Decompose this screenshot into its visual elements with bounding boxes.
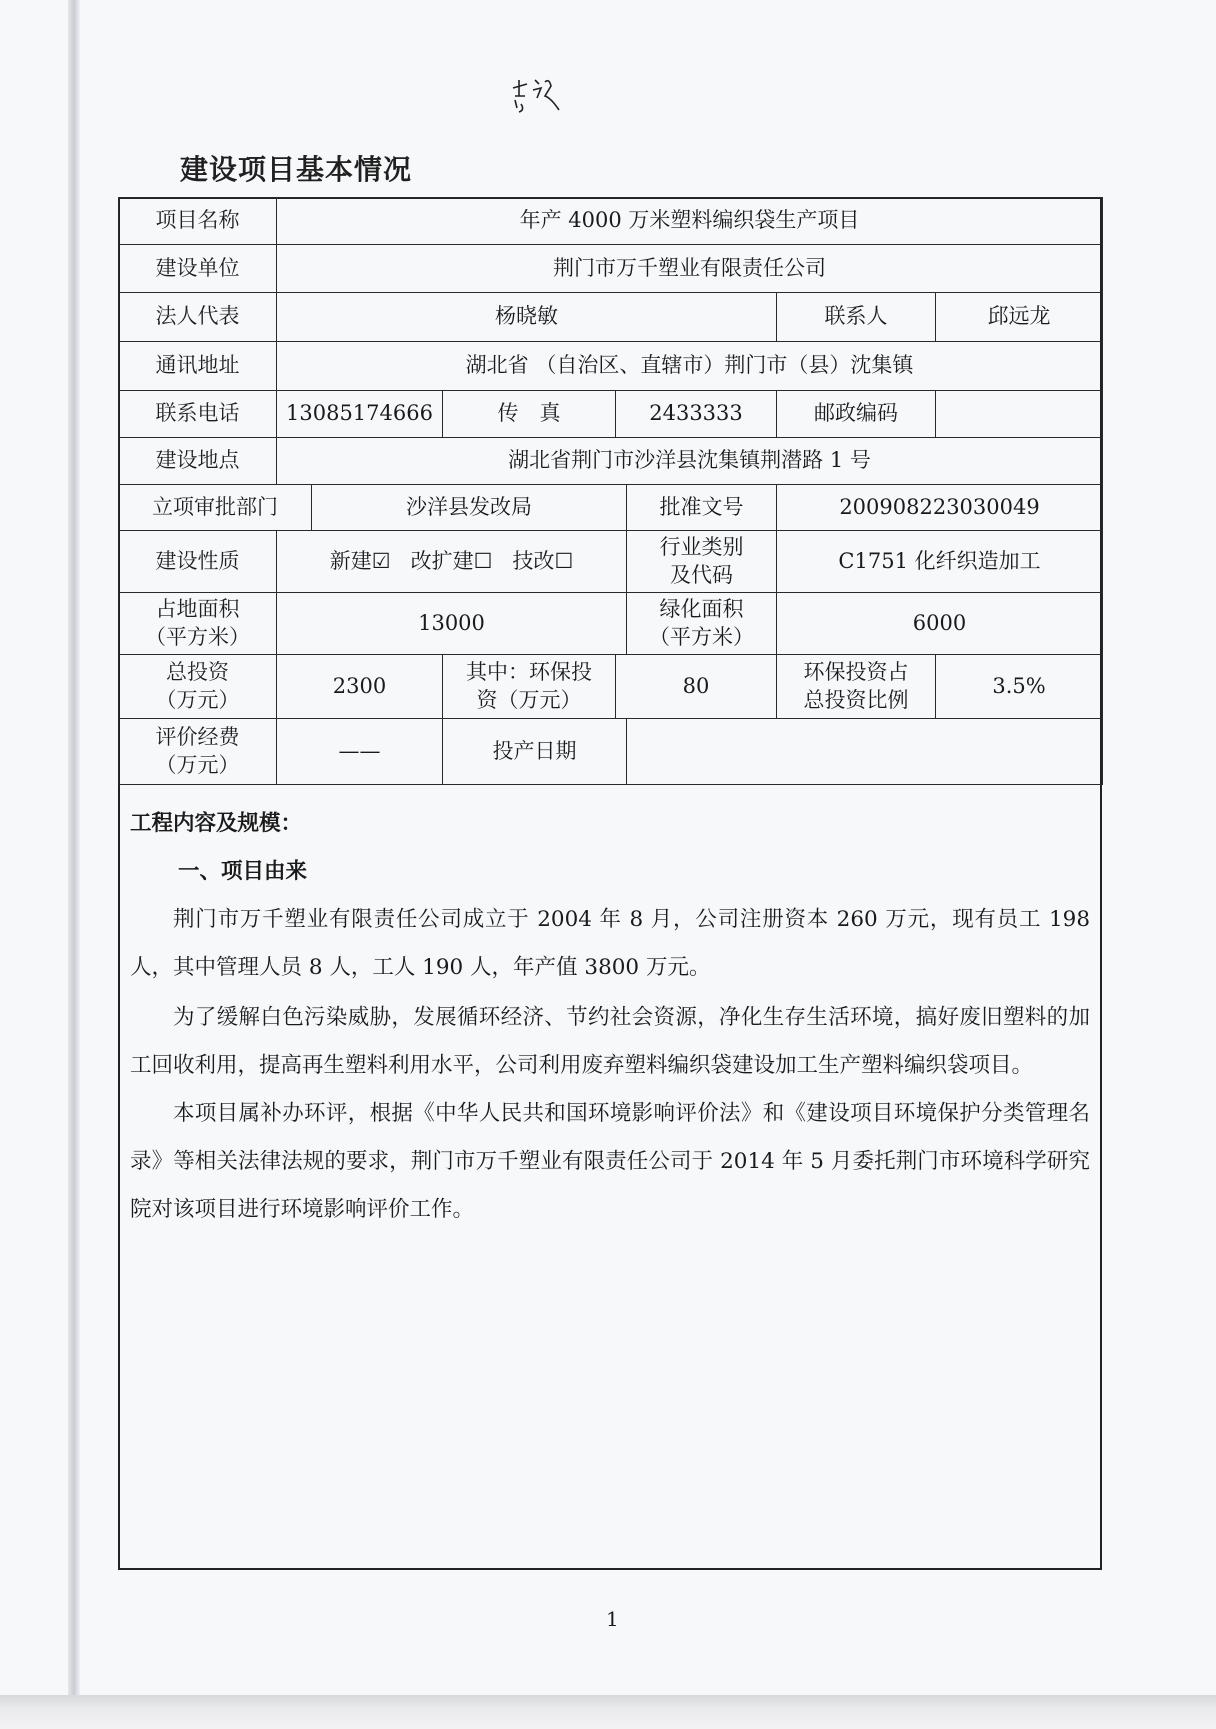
industry-value: C1751 化纤织造加工 xyxy=(777,531,1103,593)
phone-value: 13085174666 xyxy=(277,391,443,438)
phone-label: 联系电话 xyxy=(119,391,277,438)
start-date-value xyxy=(627,719,1103,785)
page-title: 建设项目基本情况 xyxy=(180,148,412,188)
site-value: 湖北省荆门市沙洋县沈集镇荆潜路 1 号 xyxy=(277,438,1103,485)
eval-fee-value: —— xyxy=(277,719,443,785)
page-binding-shadow xyxy=(68,0,80,1729)
row-eval-fee: 评价经费（万元） —— 投产日期 xyxy=(119,719,1103,785)
postcode-value xyxy=(936,391,1103,438)
construction-unit-value: 荆门市万千塑业有限责任公司 xyxy=(277,245,1103,293)
option-expand[interactable]: 改扩建☐ xyxy=(411,549,493,573)
row-project-name: 项目名称 年产 4000 万米塑料编织袋生产项目 xyxy=(119,198,1103,245)
env-investment-label: 其中：环保投资（万元） xyxy=(443,655,616,719)
row-phone: 联系电话 13085174666 传 真 2433333 邮政编码 xyxy=(119,391,1103,438)
row-approval: 立项审批部门 沙洋县发改局 批准文号 200908223030049 xyxy=(119,485,1103,531)
row-nature: 建设性质 新建☑ 改扩建☐ 技改☐ 行业类别及代码 C1751 化纤织造加工 xyxy=(119,531,1103,593)
handwritten-annotation xyxy=(505,74,565,124)
legal-rep-label: 法人代表 xyxy=(119,293,277,342)
investment-label: 总投资（万元） xyxy=(119,655,277,719)
checkbox-empty-icon: ☐ xyxy=(474,549,493,573)
start-date-label: 投产日期 xyxy=(443,719,627,785)
section-heading: 工程内容及规模： xyxy=(118,800,1102,848)
project-name-value: 年产 4000 万米塑料编织袋生产项目 xyxy=(277,198,1103,245)
fax-value: 2433333 xyxy=(616,391,777,438)
address-label: 通讯地址 xyxy=(119,342,277,391)
approval-dept-label: 立项审批部门 xyxy=(119,485,312,531)
scan-bottom-edge xyxy=(0,1695,1216,1729)
env-investment-value: 80 xyxy=(616,655,777,719)
checkbox-empty-icon: ☐ xyxy=(554,549,573,573)
option-new[interactable]: 新建☑ xyxy=(330,549,391,573)
contact-label: 联系人 xyxy=(777,293,936,342)
project-content-section: 工程内容及规模： 一、项目由来 荆门市万千塑业有限责任公司成立于 2004 年 … xyxy=(118,800,1102,1234)
nature-options: 新建☑ 改扩建☐ 技改☐ xyxy=(277,531,627,593)
investment-value: 2300 xyxy=(277,655,443,719)
land-area-label: 占地面积（平方米） xyxy=(119,593,277,655)
row-site: 建设地点 湖北省荆门市沙洋县沈集镇荆潜路 1 号 xyxy=(119,438,1103,485)
green-area-value: 6000 xyxy=(777,593,1103,655)
env-ratio-label: 环保投资占总投资比例 xyxy=(777,655,936,719)
row-legal-rep: 法人代表 杨晓敏 联系人 邱远龙 xyxy=(119,293,1103,342)
green-area-label: 绿化面积（平方米） xyxy=(627,593,777,655)
row-address: 通讯地址 湖北省 （自治区、直辖市）荆门市（县）沈集镇 xyxy=(119,342,1103,391)
sub-heading: 一、项目由来 xyxy=(118,848,1102,896)
project-info-table: 项目名称 年产 4000 万米塑料编织袋生产项目 建设单位 荆门市万千塑业有限责… xyxy=(118,197,1103,785)
fax-label: 传 真 xyxy=(443,391,616,438)
page-number: 1 xyxy=(606,1607,619,1631)
construction-unit-label: 建设单位 xyxy=(119,245,277,293)
project-name-label: 项目名称 xyxy=(119,198,277,245)
option-tech-upgrade[interactable]: 技改☐ xyxy=(512,549,573,573)
paragraph-2: 为了缓解白色污染威胁，发展循环经济、节约社会资源，净化生存生活环境，搞好废旧塑料… xyxy=(118,994,1102,1090)
doc-no-label: 批准文号 xyxy=(627,485,777,531)
row-land-area: 占地面积（平方米） 13000 绿化面积（平方米） 6000 xyxy=(119,593,1103,655)
address-value: 湖北省 （自治区、直辖市）荆门市（县）沈集镇 xyxy=(277,342,1103,391)
land-area-value: 13000 xyxy=(277,593,627,655)
paragraph-3: 本项目属补办环评，根据《中华人民共和国环境影响评价法》和《建设项目环境保护分类管… xyxy=(118,1090,1102,1234)
row-construction-unit: 建设单位 荆门市万千塑业有限责任公司 xyxy=(119,245,1103,293)
doc-no-value: 200908223030049 xyxy=(777,485,1103,531)
industry-label: 行业类别及代码 xyxy=(627,531,777,593)
eval-fee-label: 评价经费（万元） xyxy=(119,719,277,785)
site-label: 建设地点 xyxy=(119,438,277,485)
paragraph-1: 荆门市万千塑业有限责任公司成立于 2004 年 8 月，公司注册资本 260 万… xyxy=(118,896,1102,992)
checkbox-checked-icon: ☑ xyxy=(372,549,391,573)
nature-label: 建设性质 xyxy=(119,531,277,593)
legal-rep-value: 杨晓敏 xyxy=(277,293,777,342)
env-ratio-value: 3.5% xyxy=(936,655,1103,719)
postcode-label: 邮政编码 xyxy=(777,391,936,438)
approval-dept-value: 沙洋县发改局 xyxy=(312,485,627,531)
contact-value: 邱远龙 xyxy=(936,293,1103,342)
row-investment: 总投资（万元） 2300 其中：环保投资（万元） 80 环保投资占总投资比例 3… xyxy=(119,655,1103,719)
